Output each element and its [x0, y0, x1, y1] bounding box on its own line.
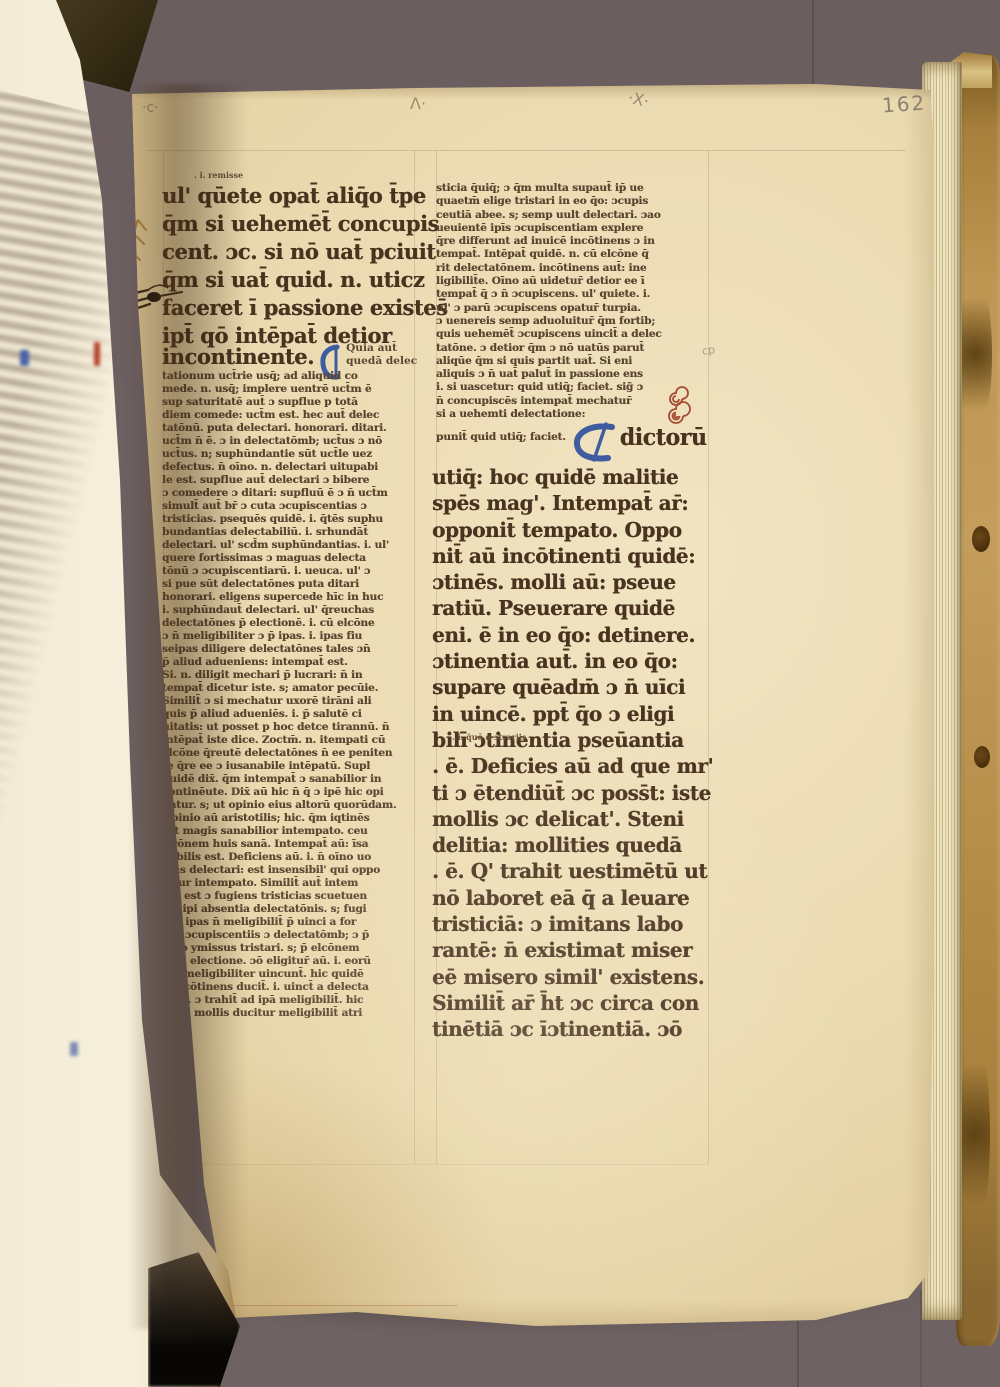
text-line: in uincē. ppt̄ q̄o ɔ eligi: [432, 701, 722, 727]
text-line: ratiū. Pseuerare quidē: [432, 596, 722, 622]
paraph-initial-icon: [320, 344, 340, 380]
gloss-intro-line: quedā delec: [346, 355, 417, 368]
text-line: eē misero simil' existens.: [432, 964, 722, 990]
text-line: q̄re differunt ad inuicē incōtinens ɔ in: [436, 235, 711, 248]
text-line: ti ɔ ētendiūt̄ ɔc poss̄t: iste: [432, 780, 722, 806]
right-column-main-text: utiq̄: hoc quidē malitiespēs mag'. Intem…: [432, 464, 722, 1043]
text-line: ɔtinentia aut̄. in eo q̄o:: [432, 648, 722, 674]
interlinear-gloss: . i. q̄uō a ɔtrariis: [452, 732, 526, 742]
quire-mark-right: ·X·: [626, 88, 651, 111]
gloss-intro-line: Quia aut̄: [346, 342, 417, 355]
text-line: si a uehemti delectatione:: [436, 408, 711, 421]
text-line: rit delectatōnem. incōtinens aut̄: ine: [436, 262, 711, 275]
text-line: supare quēadm̄ ɔ n̄ uīci: [432, 674, 722, 700]
ruling-line: [708, 150, 709, 1164]
right-column-gloss-text: sticia q̄uiq̄; ɔ q̄m multa supaut̄ ip̄ u…: [436, 182, 711, 421]
folio-number: 162: [881, 90, 927, 117]
text-line: i. si uascetur: quid utiq̄; faciet. sig̃…: [436, 381, 711, 394]
text-line: utiq̄: hoc quidē malitie: [432, 464, 722, 490]
text-line: mollis ɔc delicat'. Steni: [432, 806, 722, 832]
paraph-initial-icon: [572, 422, 618, 462]
text-line: spēs mag'. Intempat̄ ar̄:: [432, 490, 722, 516]
text-line: ɔtinēs. molli aū: pseue: [432, 569, 722, 595]
text-line: sticia q̄uiq̄; ɔ q̄m multa supaut̄ ip̄ u…: [436, 182, 711, 195]
text-line: ueuientē ipīs ɔcupiscentiam explere: [436, 222, 711, 235]
cover-stain: [960, 1034, 990, 1234]
right-column-transition-line: punit̄ quid utiq̄; faciet. dictorū: [436, 422, 706, 462]
ruling-line: [414, 150, 415, 1164]
text-line: nit̄ aū incōtinenti quidē:: [432, 543, 722, 569]
gloss-text: punit̄ quid utiq̄; faciet.: [436, 422, 566, 444]
text-line: tempat̄ q̄ ɔ n̄ ɔcupiscens. ul' quiete. …: [436, 288, 711, 301]
main-text-word: dictorū: [620, 422, 707, 453]
text-line: opponit̄ tempato. Oppo: [432, 517, 722, 543]
spiral-ornament-icon: [664, 390, 688, 426]
text-line: nō laboret eā q̄ a leuare: [432, 885, 722, 911]
text-line: tatōne. ɔ detior q̄m ɔ nō uatūs parut̄: [436, 342, 711, 355]
text-line: eni. ē in eo q̄o: detinere.: [432, 622, 722, 648]
text-line: delitia: mollities quedā: [432, 832, 722, 858]
text-line: Similit̄ ar̄ h̄t ɔc circa con: [432, 990, 722, 1016]
text-line: rantē: n̄ existimat miser: [432, 938, 722, 964]
text-line: bilī ɔtinentia pseūantia: [432, 727, 722, 753]
book-cover-edge: [956, 54, 1000, 1346]
curl-blue-initial: [20, 350, 29, 366]
text-line: . ē. Q' trahit uestimētū ut: [432, 859, 722, 885]
text-line: aliquis ɔ n̄ uat̄ palut̄ in passione ens: [436, 368, 711, 381]
text-line: ceutiā abee. s; semp uult delectari. ɔao: [436, 209, 711, 222]
photo-backdrop: ·c· Λ· ·X· 162 cp . i. remisse ul' qūete…: [0, 0, 1000, 1387]
cover-stain: [958, 274, 992, 434]
backdrop-crease: [812, 0, 814, 92]
gloss-intro-stack: Quia aut̄ quedā delec: [346, 342, 417, 368]
text-line: tristiciā: ɔ imitans labo: [432, 911, 722, 937]
ruling-line: [146, 150, 906, 151]
gutter-shadow: [128, 84, 248, 1329]
text-line: . ē. Deficies aū ad que mr': [432, 753, 722, 779]
text-line: ul' ɔ parū ɔcupiscens opatur̄ turpia.: [436, 302, 711, 315]
ruling-line: [436, 150, 437, 1164]
curl-blue-initial: [70, 1042, 78, 1056]
quire-mark-center: Λ·: [410, 94, 426, 113]
text-line: tinētiā ɔc īɔtinentiā. ɔō: [432, 1016, 722, 1042]
text-line: aliqūe q̄m si quis partit uat̄. Si eni: [436, 355, 711, 368]
pencil-margin-note: cp: [701, 343, 716, 358]
text-line: ɔ uenereis semp aduoluitur̄ q̄m fortib;: [436, 315, 711, 328]
text-line: n̄ concupiscēs intempat̄ mechatur̄: [436, 395, 711, 408]
text-line: tempat̄. Intēpat̄ quidē. n. cū elcōne q̄: [436, 248, 711, 261]
text-line: quis uehemēt̄ ɔcupiscens uincit̄ a delec: [436, 328, 711, 341]
text-line: quaetm̄ elige tristari in eo q̄o: ɔcupis: [436, 195, 711, 208]
clasp-remnant: [972, 526, 990, 552]
clasp-remnant: [974, 746, 990, 768]
curl-red-initial: [94, 342, 100, 366]
text-line: ligibilit̄e. Oīno aū uidetur̄ detior ee …: [436, 275, 711, 288]
